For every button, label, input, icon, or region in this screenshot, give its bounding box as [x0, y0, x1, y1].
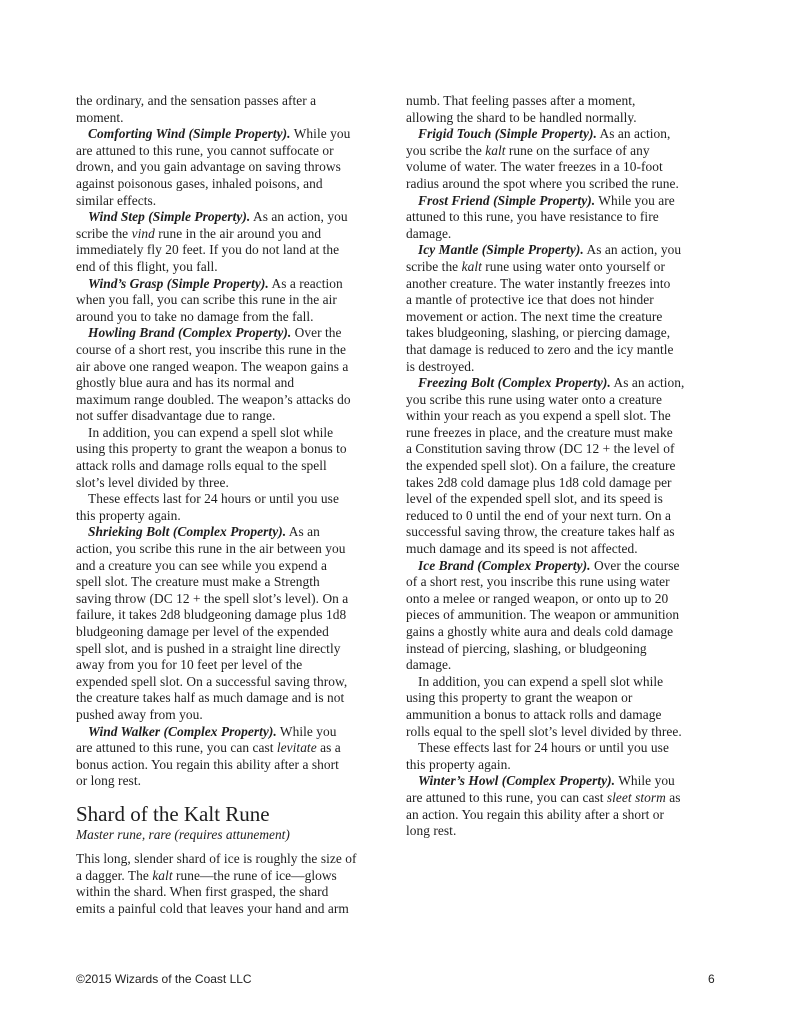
text-fragment: rune in the air around you and	[155, 226, 321, 241]
text-fragment: are attuned to this rune, you can cast	[76, 740, 277, 755]
property-title: Frost Friend (Simple Property).	[418, 193, 595, 208]
text-line: drown, and you gain advantage on saving …	[76, 159, 392, 176]
text-line: attack rolls and damage rolls equal to t…	[76, 458, 392, 475]
section-heading: Shard of the Kalt Rune	[76, 802, 392, 826]
text-line: bonus action. You regain this ability af…	[76, 757, 392, 774]
text-line: slot’s level divided by three.	[76, 475, 392, 492]
text-line: spell slot. The creature must make a Str…	[76, 574, 392, 591]
text-line: moment.	[76, 110, 392, 127]
text-fragment: As an action, you	[584, 242, 681, 257]
text-line: similar effects.	[76, 193, 392, 210]
text-line: These effects last for 24 hours or until…	[406, 740, 732, 757]
text-fragment: As an	[286, 524, 320, 539]
text-line: maximum range doubled. The weapon’s atta…	[76, 392, 392, 409]
text-fragment: rune—the rune of ice—glows	[173, 868, 337, 883]
property-title: Shrieking Bolt (Complex Property).	[88, 524, 286, 539]
text-line: the expended spell slot). On a failure, …	[406, 458, 732, 475]
text-fragment: As an action,	[597, 126, 671, 141]
property-title: Frigid Touch (Simple Property).	[418, 126, 597, 141]
text-line: failure, it takes 2d8 bludgeoning damage…	[76, 607, 392, 624]
text-fragment: Over the	[291, 325, 341, 340]
text-fragment: rune on the surface of any	[506, 143, 650, 158]
text-line: this property again.	[76, 508, 392, 525]
text-line: rolls equal to the spell slot’s level di…	[406, 724, 732, 741]
text-line: ghostly blue aura and has its normal and	[76, 375, 392, 392]
property-frost-friend: Frost Friend (Simple Property). While yo…	[406, 193, 732, 243]
text-line: another creature. The water instantly fr…	[406, 276, 732, 293]
text-line: takes bludgeoning, slashing, or piercing…	[406, 325, 732, 342]
text-line: allowing the shard to be handled normall…	[406, 110, 732, 127]
property-shrieking-bolt: Shrieking Bolt (Complex Property). As an…	[76, 524, 392, 723]
text-line: not suffer disadvantage due to range.	[76, 408, 392, 425]
text-line: a Constitution saving throw (DC 12 + the…	[406, 441, 732, 458]
text-fragment: As an action,	[611, 375, 685, 390]
text-line: is destroyed.	[406, 359, 732, 376]
text-line: within your reach as you expend a spell …	[406, 408, 732, 425]
text-fragment: While you	[291, 126, 351, 141]
text-line: radius around the spot where you scribed…	[406, 176, 732, 193]
text-line: course of a short rest, you inscribe thi…	[76, 342, 392, 359]
text-line: long rest.	[406, 823, 732, 840]
text-fragment: as a	[317, 740, 341, 755]
right-column: numb. That feeling passes after a moment…	[406, 93, 732, 840]
text-line: using this property to grant the weapon …	[406, 690, 732, 707]
text-line: the ordinary, and the sensation passes a…	[76, 93, 392, 110]
text-line: ammunition a bonus to attack rolls and d…	[406, 707, 732, 724]
text-fragment: a dagger. The	[76, 868, 152, 883]
property-ice-brand: Ice Brand (Complex Property). Over the c…	[406, 558, 732, 774]
text-fragment: as	[666, 790, 681, 805]
property-title: Icy Mantle (Simple Property).	[418, 242, 584, 257]
text-line: bludgeoning damage per level of the expe…	[76, 624, 392, 641]
text-fragment: While you are	[595, 193, 675, 208]
text-line: onto a melee or ranged weapon, or onto u…	[406, 591, 732, 608]
item-rarity-subheading: Master rune, rare (requires attunement)	[76, 826, 392, 843]
property-winds-grasp: Wind’s Grasp (Simple Property). As a rea…	[76, 276, 392, 326]
text-line: In addition, you can expend a spell slot…	[406, 674, 732, 691]
section-kalt-rune: Shard of the Kalt Rune Master rune, rare…	[76, 802, 392, 917]
text-line: or long rest.	[76, 773, 392, 790]
text-line: of a short rest, you inscribe this rune …	[406, 574, 732, 591]
property-title: Howling Brand (Complex Property).	[88, 325, 291, 340]
text-line: much damage and its speed is not affecte…	[406, 541, 732, 558]
text-fragment: As an action, you	[250, 209, 347, 224]
text-line: action, you scribe this rune in the air …	[76, 541, 392, 558]
property-title: Winter’s Howl (Complex Property).	[418, 773, 615, 788]
copyright-notice: ©2015 Wizards of the Coast LLC	[76, 972, 252, 986]
text-line: end of this flight, you fall.	[76, 259, 392, 276]
text-line: around you to take no damage from the fa…	[76, 309, 392, 326]
text-fragment: While you	[277, 724, 337, 739]
text-line: gains a ghostly white aura and deals col…	[406, 624, 732, 641]
text-fragment: Over the course	[591, 558, 680, 573]
property-title: Wind’s Grasp (Simple Property).	[88, 276, 269, 291]
text-line: within the shard. When first grasped, th…	[76, 884, 392, 901]
left-column: the ordinary, and the sensation passes a…	[76, 93, 392, 917]
text-fragment: you scribe the	[406, 143, 485, 158]
rune-name: kalt	[152, 868, 172, 883]
text-fragment: scribe the	[76, 226, 132, 241]
rune-name: kalt	[485, 143, 505, 158]
spell-name: levitate	[277, 740, 317, 755]
text-line: expended spell slot. On a successful sav…	[76, 674, 392, 691]
text-line: numb. That feeling passes after a moment…	[406, 93, 732, 110]
text-line: rune freezes in place, and the creature …	[406, 425, 732, 442]
text-line: pushed away from you.	[76, 707, 392, 724]
text-line: damage.	[406, 226, 732, 243]
property-winters-howl: Winter’s Howl (Complex Property). While …	[406, 773, 732, 839]
text-fragment: While you	[615, 773, 675, 788]
text-line: This long, slender shard of ice is rough…	[76, 851, 392, 868]
text-line: air above one ranged weapon. The weapon …	[76, 359, 392, 376]
text-fragment: As a reaction	[269, 276, 343, 291]
text-line: level of the expended spell slot, and it…	[406, 491, 732, 508]
text-line: a mantle of protective ice that does not…	[406, 292, 732, 309]
text-line: successful saving throw, the creature ta…	[406, 524, 732, 541]
page-number: 6	[708, 972, 715, 986]
property-icy-mantle: Icy Mantle (Simple Property). As an acti…	[406, 242, 732, 375]
text-line: In addition, you can expend a spell slot…	[76, 425, 392, 442]
text-line: using this property to grant the weapon …	[76, 441, 392, 458]
text-line: when you fall, you can scribe this rune …	[76, 292, 392, 309]
text-line: attuned to this rune, you have resistanc…	[406, 209, 732, 226]
text-line: instead of piercing, slashing, or bludge…	[406, 641, 732, 658]
text-line: reduced to 0 until the end of your next …	[406, 508, 732, 525]
text-line: and a creature you can see while you exp…	[76, 558, 392, 575]
text-line: that damage is reduced to zero and the i…	[406, 342, 732, 359]
property-howling-brand: Howling Brand (Complex Property). Over t…	[76, 325, 392, 524]
property-title: Freezing Bolt (Complex Property).	[418, 375, 611, 390]
spell-name: sleet storm	[607, 790, 666, 805]
text-line: an action. You regain this ability after…	[406, 807, 732, 824]
property-title: Comforting Wind (Simple Property).	[88, 126, 291, 141]
rune-name: kalt	[462, 259, 482, 274]
text-line: the creature takes half as much damage a…	[76, 690, 392, 707]
property-title: Wind Step (Simple Property).	[88, 209, 250, 224]
text-line: are attuned to this rune, you cannot suf…	[76, 143, 392, 160]
property-title: Wind Walker (Complex Property).	[88, 724, 277, 739]
text-line: movement or action. The next time the cr…	[406, 309, 732, 326]
property-frigid-touch: Frigid Touch (Simple Property). As an ac…	[406, 126, 732, 192]
text-line: emits a painful cold that leaves your ha…	[76, 901, 392, 918]
text-line: against poisonous gases, inhaled poisons…	[76, 176, 392, 193]
property-comforting-wind: Comforting Wind (Simple Property). While…	[76, 126, 392, 209]
text-line: pieces of ammunition. The weapon or ammu…	[406, 607, 732, 624]
text-line: damage.	[406, 657, 732, 674]
property-freezing-bolt: Freezing Bolt (Complex Property). As an …	[406, 375, 732, 558]
property-wind-walker: Wind Walker (Complex Property). While yo…	[76, 724, 392, 790]
text-line: you scribe this rune using water onto a …	[406, 392, 732, 409]
text-line: volume of water. The water freezes in a …	[406, 159, 732, 176]
text-fragment: are attuned to this rune, you can cast	[406, 790, 607, 805]
text-line: saving throw (DC 12 + the spell slot’s l…	[76, 591, 392, 608]
property-title: Ice Brand (Complex Property).	[418, 558, 591, 573]
text-fragment: rune using water onto yourself or	[482, 259, 665, 274]
text-line: away from you for 10 feet per level of t…	[76, 657, 392, 674]
text-line: spell slot, and is pushed in a straight …	[76, 641, 392, 658]
rune-name: vind	[132, 226, 155, 241]
text-fragment: scribe the	[406, 259, 462, 274]
property-wind-step: Wind Step (Simple Property). As an actio…	[76, 209, 392, 275]
text-line: this property again.	[406, 757, 732, 774]
text-line: These effects last for 24 hours or until…	[76, 491, 392, 508]
text-line: immediately fly 20 feet. If you do not l…	[76, 242, 392, 259]
text-line: takes 2d8 cold damage plus 1d8 cold dama…	[406, 475, 732, 492]
